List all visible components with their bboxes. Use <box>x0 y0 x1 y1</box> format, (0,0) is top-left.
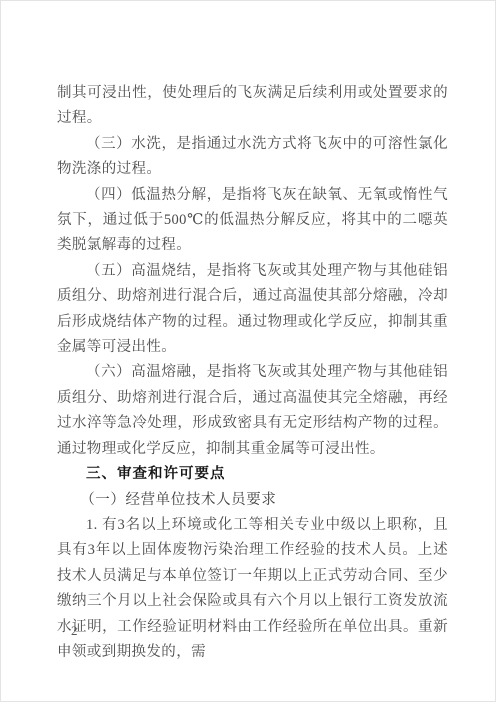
paragraph-definition-item5-high-temp-sintering: （五）高温烧结，是指将飞灰或其处理产物与其他硅铝质组分、助熔剂进行混合后，通过高… <box>57 259 448 361</box>
document-page: 制其可浸出性，使处理后的飞灰满足后续利用或处置要求的过程。 （三）水洗，是指通过… <box>0 0 496 702</box>
section-heading-review-and-permit-points: 三、审查和许可要点 <box>57 462 448 487</box>
paragraph-definition-item3-water-washing: （三）水洗，是指通过水洗方式将飞灰中的可溶性氯化物洗涤的过程。 <box>57 132 448 183</box>
page-number: 2 <box>71 623 78 639</box>
document-body: 制其可浸出性，使处理后的飞灰满足后续利用或处置要求的过程。 （三）水洗，是指通过… <box>57 81 448 665</box>
paragraph-definition-item6-high-temp-melting: （六）高温熔融，是指将飞灰或其处理产物与其他硅铝质组分、助熔剂进行混合后，通过高… <box>57 360 448 462</box>
paragraph-carryover: 制其可浸出性，使处理后的飞灰满足后续利用或处置要求的过程。 <box>57 81 448 132</box>
paragraph-definition-item4-low-temp-pyrolysis: （四）低温热分解，是指将飞灰在缺氧、无氧或惰性气氛下，通过低于500℃的低温热分… <box>57 183 448 259</box>
subsection-heading-technical-personnel-requirements: （一）经营单位技术人员要求 <box>57 488 448 513</box>
paragraph-requirement-1-technical-staff: 1. 有3名以上环境或化工等相关专业中级以上职称，且具有3年以上固体废物污染治理… <box>57 513 448 665</box>
